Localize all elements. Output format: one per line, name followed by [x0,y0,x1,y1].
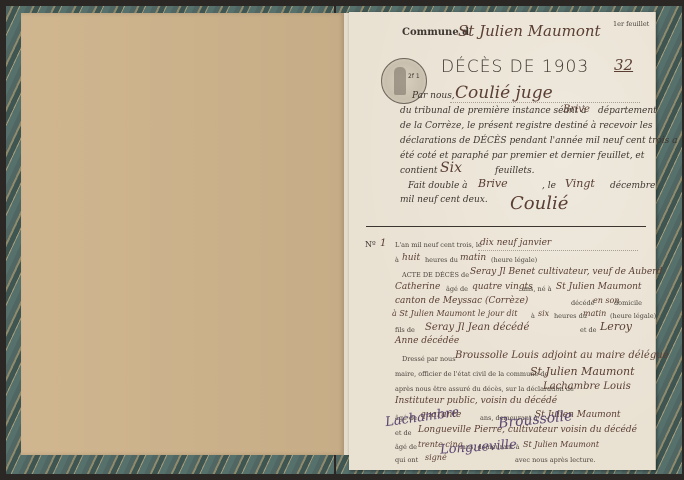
dresse-par-label: Dressé par nous [402,355,456,363]
preamble-line-4: été coté et paraphé par premier et derni… [400,151,644,161]
preamble-line-3: déclarations de DÉCÈS pendant l'année mi… [400,136,678,146]
section-divider [366,226,646,227]
preamble-line-1: du tribunal de première instance séant à [400,106,587,116]
declarant-2-residence: St Julien Maumont [523,440,599,449]
feuillets-label: feuillets. [495,166,535,176]
act-number: 1 [380,238,386,249]
title-suffix: 32 [614,56,633,74]
declaration-period: matin [460,253,486,263]
apres-lecture-label: avec nous après lecture. [515,456,596,464]
birthplace: St Julien Maumont [556,282,642,292]
officer-name: Broussolle Louis adjoint au maire délégu… [455,350,669,361]
spouse-first-name: Catherine [395,282,440,292]
par-nous-label: Par nous, [412,91,455,101]
departement-label: département [598,106,657,116]
commune-value: St Julien Maumont [458,22,601,40]
et-de-label-2: et de [395,429,412,437]
death-place: à St Julien Maumont le jour dit [392,309,517,318]
birthplace-label: ans, né à [522,285,552,293]
age-label-3: âgé de [395,443,417,451]
act-number-label: Nº [365,240,376,249]
commune-name: St Julien Maumont [530,365,635,378]
officer-role-line: maire, officier de l'état civil de la co… [395,370,548,378]
judge-name: Coulié juge [455,83,553,103]
contient-label: contient [400,166,438,176]
heures-du-label: heures du [554,312,587,320]
heure-legale-label-2: (heure légale) [610,312,656,320]
preamble-line-2: de la Corrèze, le présent registre desti… [400,121,653,131]
seal-stamp-value: 2f 1 [408,73,420,80]
et-de-label: et de [580,326,597,334]
declaration-hour: huit [402,253,420,263]
blank-left-page [21,13,344,455]
act-line-1: L'an mil neuf cent trois, le [395,241,482,249]
sheet-label: 1er feuillet [613,20,649,28]
acte-deces-label: ACTE DE DÉCÈS de [402,271,469,279]
act-line-2a: à [395,256,399,264]
father-name: Seray Jl Jean décédé [425,322,529,333]
declarant-1-name: Lachambre Louis [543,381,631,392]
act-line-2b: heures du [425,256,458,264]
qui-ont-label: qui ont [395,456,418,464]
death-date: dix neuf janvier [480,238,551,248]
death-hour: six [538,309,549,318]
fils-de-label: fils de [395,326,415,334]
declarant-1-occupation: Instituteur public, voisin du décédé [395,396,557,406]
year-line: mil neuf cent deux. [400,195,488,205]
birth-canton: canton de Meyssac (Corrèze) [395,296,528,306]
month-label: décembre [610,181,655,191]
page-title: DÉCÈS DE 1903 [441,57,589,77]
age-label: âgé de [446,285,468,293]
fill-line [478,250,638,251]
le-label: , le [542,181,556,191]
marianne-figure-icon [394,67,406,95]
fait-city: Brive [478,177,508,190]
judge-signature: Coulié [510,193,568,214]
a-label: à [531,312,535,320]
domicile-label: domicile [614,299,642,307]
sheet-count: Six [440,160,462,176]
decede-label: décédé [571,299,595,307]
deceased-name: Seray Jl Benet cultivateur, veuf de Aube… [470,267,662,277]
fait-double-label: Fait double à [408,181,468,191]
mother-surname: Leroy [600,320,632,333]
fill-line [450,102,640,103]
heure-legale-label: (heure légale) [491,256,537,264]
mother-first-name: Anne décédée [395,336,459,346]
death-period: matin [583,309,606,318]
court-city: Brive [563,104,590,115]
fait-day: Vingt [565,177,595,190]
